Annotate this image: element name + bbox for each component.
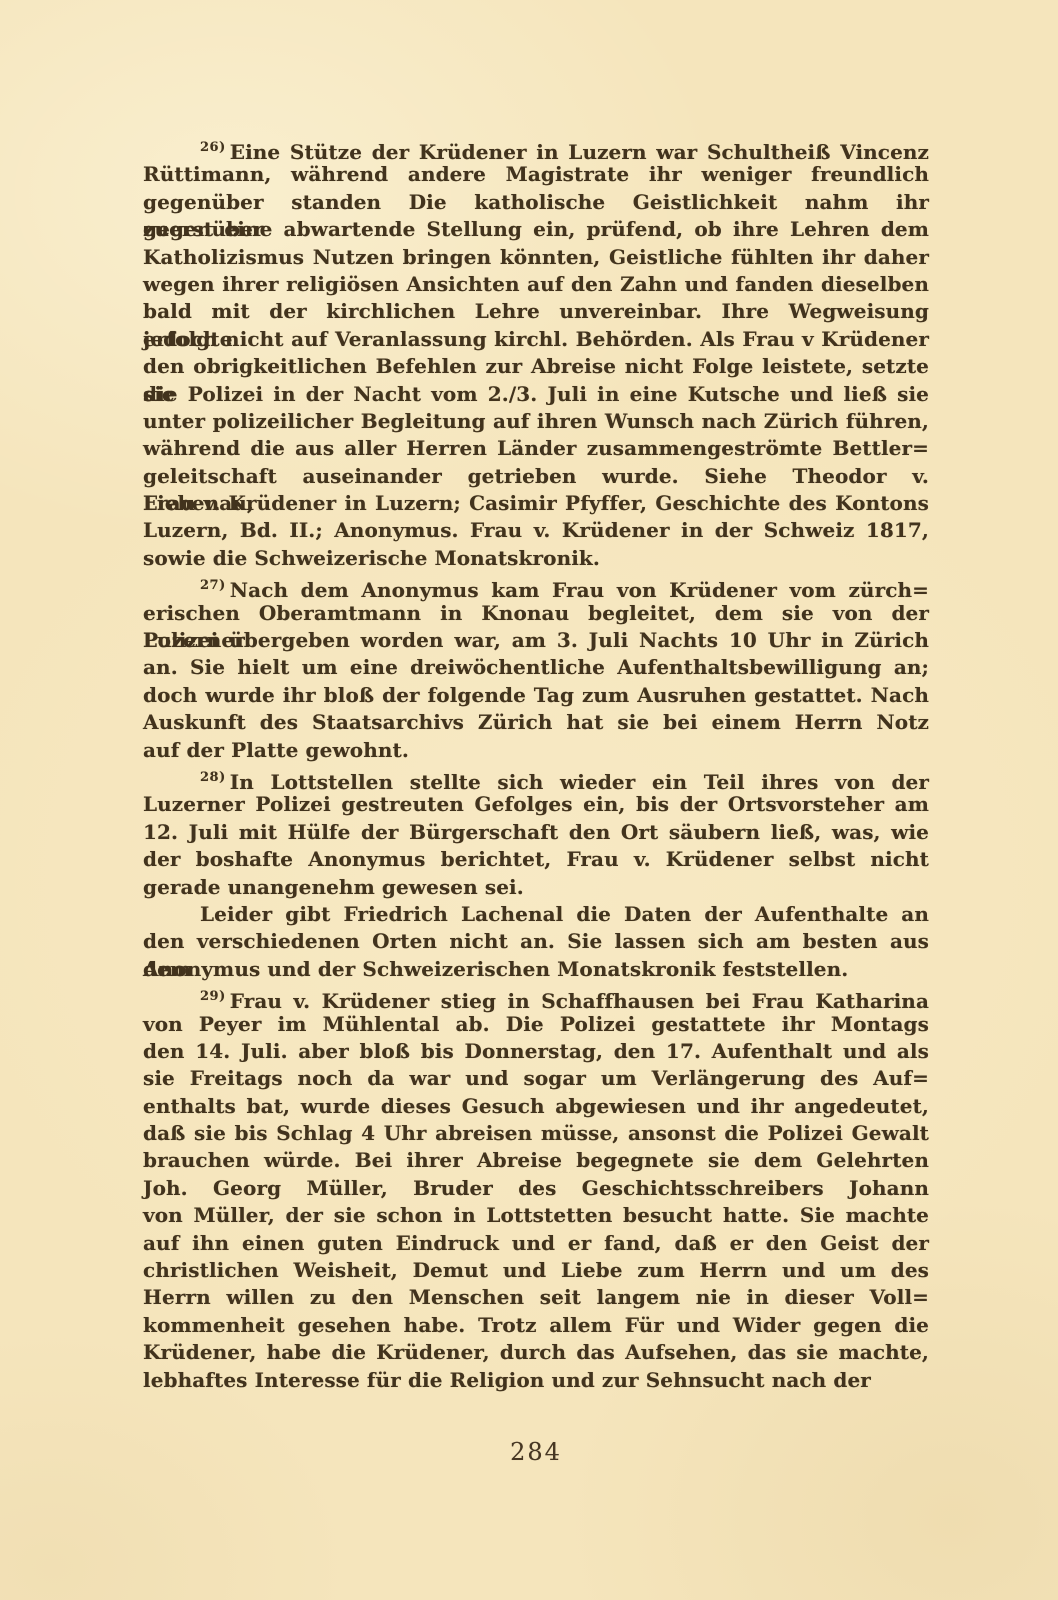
text-line: gegenüber standen Die katholische Geistl…: [143, 189, 929, 216]
text-line: Auskunft des Staatsarchivs Zürich hat si…: [143, 709, 929, 736]
footnote-marker: 28): [200, 770, 230, 785]
footnote-paragraph: 28)In Lottstellen stellte sich wieder ei…: [143, 764, 929, 901]
footnote-text-block: 26)Eine Stütze der Krüdener in Luzern wa…: [143, 134, 929, 1394]
text-line: auf der Platte gewohnt.: [143, 737, 929, 764]
text-line: den 14. Juli. aber bloß bis Donnerstag, …: [143, 1038, 929, 1065]
text-line: während die aus aller Herren Länder zusa…: [143, 435, 929, 462]
text-line: 27)Nach dem Anonymus kam Frau von Krüden…: [143, 572, 929, 599]
footnote-marker: 27): [200, 578, 230, 593]
text-line: von Peyer im Mühlental ab. Die Polizei g…: [143, 1011, 929, 1038]
page-number: 284: [143, 1438, 929, 1466]
text-line: daß sie bis Schlag 4 Uhr abreisen müsse,…: [143, 1120, 929, 1147]
text-line: enthalts bat, wurde dieses Gesuch abgewi…: [143, 1093, 929, 1120]
text-line: doch wurde ihr bloß der folgende Tag zum…: [143, 682, 929, 709]
book-page: 26)Eine Stütze der Krüdener in Luzern wa…: [0, 0, 1058, 1600]
text-line: brauchen würde. Bei ihrer Abreise begegn…: [143, 1147, 929, 1174]
text-line: erischen Oberamtmann in Knonau begleitet…: [143, 600, 929, 627]
text-line: 12. Juli mit Hülfe der Bürgerschaft den …: [143, 819, 929, 846]
text-line: sie Freitags noch da war und sogar um Ve…: [143, 1065, 929, 1092]
footnote-paragraph: 29)Frau v. Krüdener stieg in Schaffhause…: [143, 983, 929, 1394]
text-line: Luzern, Bd. II.; Anonymus. Frau v. Krüde…: [143, 517, 929, 544]
footnote-marker: 29): [200, 989, 230, 1004]
text-line: zuerst eine abwartende Stellung ein, prü…: [143, 216, 929, 243]
text-line: die Polizei in der Nacht vom 2./3. Juli …: [143, 381, 929, 408]
text-line: lebhaftes Interesse für die Religion und…: [143, 1367, 929, 1394]
text-line: 28)In Lottstellen stellte sich wieder ei…: [143, 764, 929, 791]
text-line: auf ihn einen guten Eindruck und er fand…: [143, 1230, 929, 1257]
text-line: Luzerner Polizei gestreuten Gefolges ein…: [143, 791, 929, 818]
text-line: Joh. Georg Müller, Bruder des Geschichts…: [143, 1175, 929, 1202]
text-line: Frau v. Krüdener in Luzern; Casimir Pfyf…: [143, 490, 929, 517]
text-line: den verschiedenen Orten nicht an. Sie la…: [143, 928, 929, 955]
footnote-paragraph: 26)Eine Stütze der Krüdener in Luzern wa…: [143, 134, 929, 572]
text-line: Polizei übergeben worden war, am 3. Juli…: [143, 627, 929, 654]
text-line: Krüdener, habe die Krüdener, durch das A…: [143, 1339, 929, 1366]
text-line: bald mit der kirchlichen Lehre unvereinb…: [143, 298, 929, 325]
text-line: Katholizismus Nutzen bringen könnten, Ge…: [143, 244, 929, 271]
text-line: den obrigkeitlichen Befehlen zur Abreise…: [143, 353, 929, 380]
text-line: christlichen Weisheit, Demut und Liebe z…: [143, 1257, 929, 1284]
text-line: 29)Frau v. Krüdener stieg in Schaffhause…: [143, 983, 929, 1010]
text-line: wegen ihrer religiösen Ansichten auf den…: [143, 271, 929, 298]
text-line: an. Sie hielt um eine dreiwöchentliche A…: [143, 654, 929, 681]
text-line: von Müller, der sie schon in Lottstetten…: [143, 1202, 929, 1229]
text-line: unter polizeilicher Begleitung auf ihren…: [143, 408, 929, 435]
text-line: der boshafte Anonymus berichtet, Frau v.…: [143, 846, 929, 873]
text-line: Leider gibt Friedrich Lachenal die Daten…: [143, 901, 929, 928]
text-line: kommenheit gesehen habe. Trotz allem Für…: [143, 1312, 929, 1339]
footnote-paragraph: Leider gibt Friedrich Lachenal die Daten…: [143, 901, 929, 983]
footnote-paragraph: 27)Nach dem Anonymus kam Frau von Krüden…: [143, 572, 929, 764]
text-line: geleitschaft auseinander getrieben wurde…: [143, 463, 929, 490]
text-line: 26)Eine Stütze der Krüdener in Luzern wa…: [143, 134, 929, 161]
text-line: Herrn willen zu den Menschen seit langem…: [143, 1284, 929, 1311]
text-line: sowie die Schweizerische Monatskronik.: [143, 545, 929, 572]
text-line: jedoch nicht auf Veranlassung kirchl. Be…: [143, 326, 929, 353]
text-line: gerade unangenehm gewesen sei.: [143, 874, 929, 901]
footnote-marker: 26): [200, 140, 230, 155]
text-line: Anonymus und der Schweizerischen Monatsk…: [143, 956, 929, 983]
text-line: Rüttimann, während andere Magistrate ihr…: [143, 161, 929, 188]
